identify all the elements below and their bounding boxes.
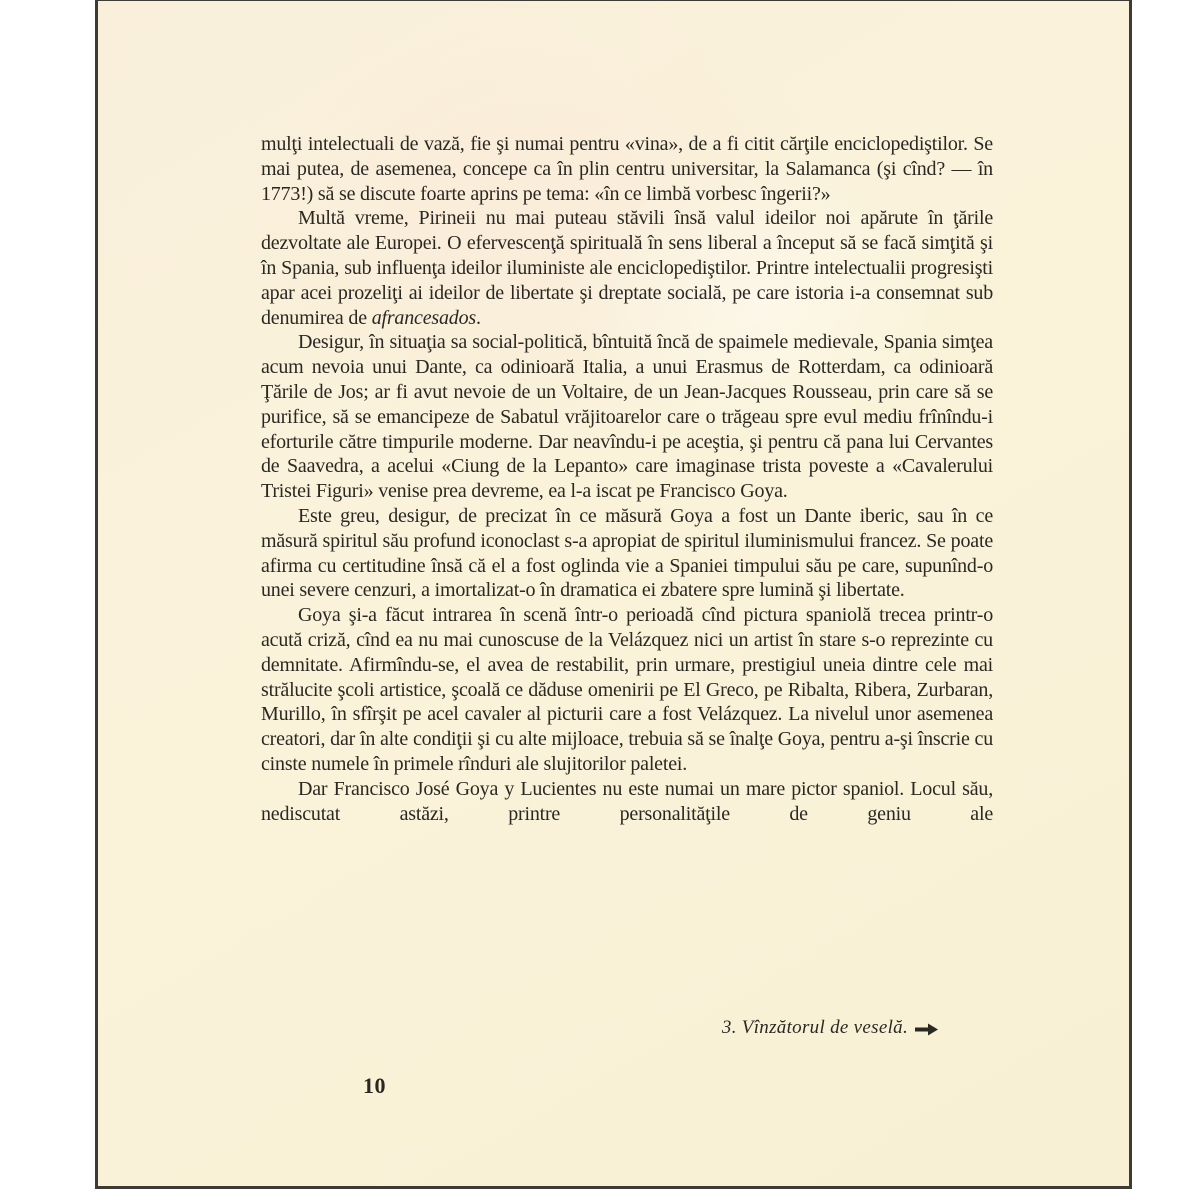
text-run: Goya şi-a făcut intrarea în scenă într-o…	[261, 604, 993, 775]
figure-caption-text: 3. Vînzătorul de veselă.	[722, 1017, 908, 1039]
text-block: mulţi intelectuali de vază, fie şi numai…	[261, 132, 993, 826]
page-number: 10	[363, 1073, 386, 1099]
text-run: Dar Francisco José Goya y Lucientes nu e…	[261, 778, 993, 825]
figure-caption: 3. Vînzătorul de veselă.	[722, 1017, 939, 1039]
paragraph-6: Dar Francisco José Goya y Lucientes nu e…	[261, 777, 993, 827]
paragraph-1: mulţi intelectuali de vază, fie şi numai…	[261, 132, 993, 206]
right-arrow-icon	[915, 1023, 939, 1036]
text-run: mulţi intelectuali de vază, fie şi numai…	[261, 133, 993, 205]
paragraph-2: Multă vreme, Pirineii nu mai puteau stăv…	[261, 206, 993, 330]
text-run: Este greu, desigur, de precizat în ce mă…	[261, 505, 993, 601]
paragraph-4: Este greu, desigur, de precizat în ce mă…	[261, 504, 993, 603]
italic-text-run: afrancesados	[372, 307, 476, 329]
scanned-book-page: mulţi intelectuali de vază, fie şi numai…	[95, 0, 1132, 1189]
paragraph-5: Goya şi-a făcut intrarea în scenă într-o…	[261, 603, 993, 777]
text-run: .	[476, 307, 481, 329]
paragraph-3: Desigur, în situaţia sa social-politică,…	[261, 330, 993, 504]
text-run: Desigur, în situaţia sa social-politică,…	[261, 331, 993, 502]
